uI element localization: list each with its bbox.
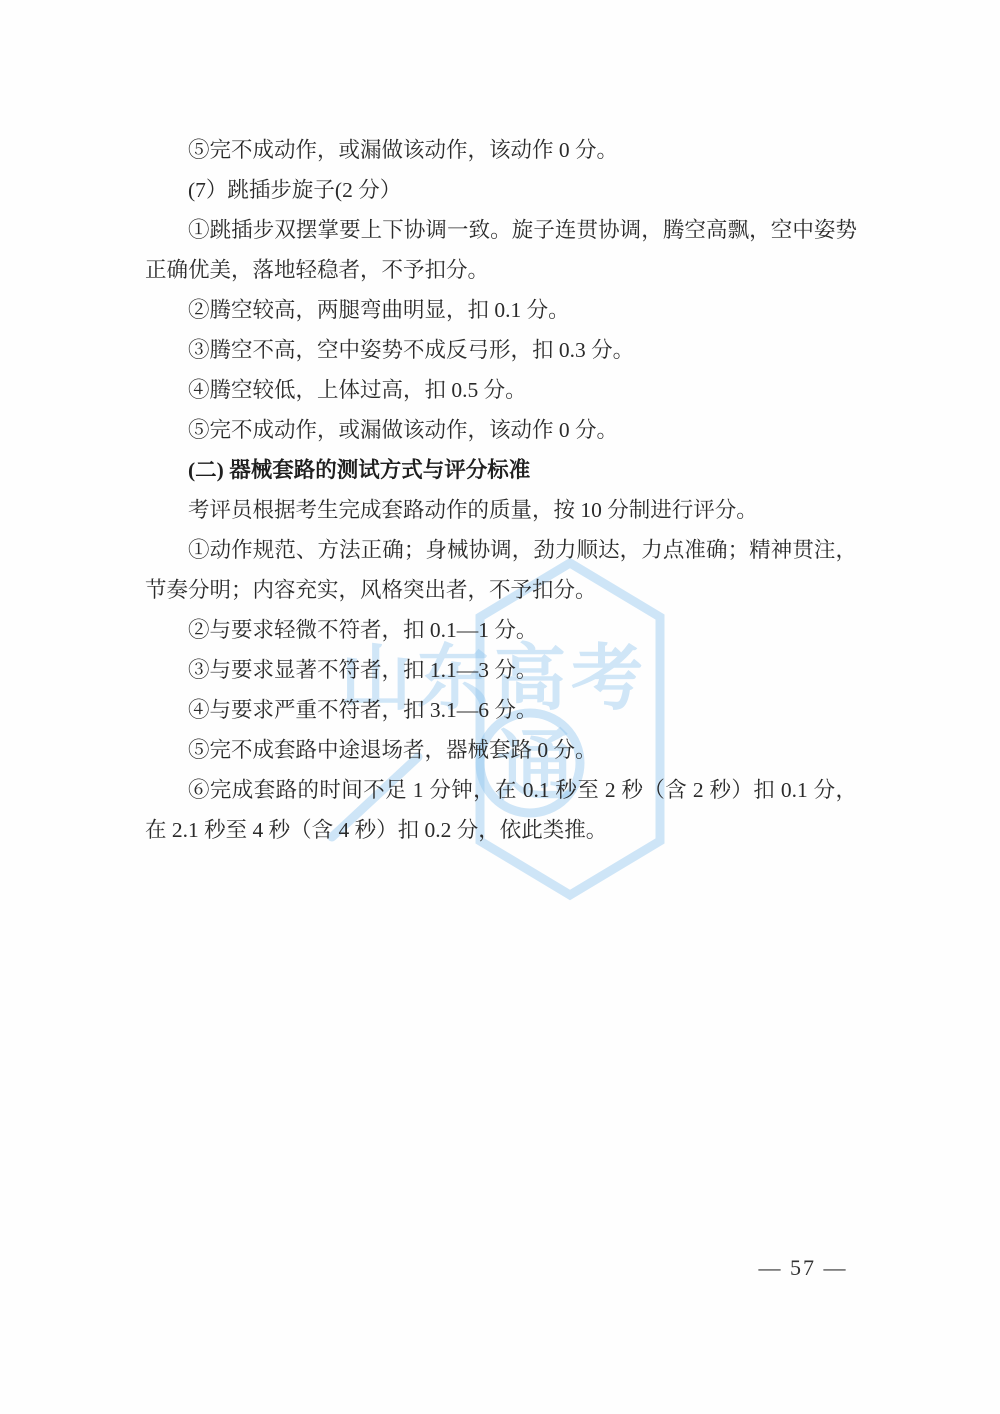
paragraph-item2-deduction: ②腾空较高，两腿弯曲明显，扣 0.1 分。 (145, 290, 857, 330)
paragraph-section7-title: (7）跳插步旋子(2 分） (145, 170, 857, 210)
paragraph-item1-criteria: ①跳插步双摆掌要上下协调一致。旋子连贯协调，腾空高飘，空中姿势正确优美，落地轻稳… (145, 210, 857, 290)
document-body: ⑤完不成动作，或漏做该动作，该动作 0 分。 (7）跳插步旋子(2 分） ①跳插… (145, 130, 857, 850)
section-heading-apparatus: (二) 器械套路的测试方式与评分标准 (145, 450, 857, 490)
paragraph-item3-deduction: ③腾空不高，空中姿势不成反弓形，扣 0.3 分。 (145, 330, 857, 370)
paragraph-scoring-intro: 考评员根据考生完成套路动作的质量，按 10 分制进行评分。 (145, 490, 857, 530)
paragraph-item2-minor: ②与要求轻微不符者，扣 0.1—1 分。 (145, 610, 857, 650)
paragraph-item3-notable: ③与要求显著不符者，扣 1.1—3 分。 (145, 650, 857, 690)
paragraph-item4-severe: ④与要求严重不符者，扣 3.1—6 分。 (145, 690, 857, 730)
paragraph-item4-deduction: ④腾空较低，上体过高，扣 0.5 分。 (145, 370, 857, 410)
paragraph-item1-standard: ①动作规范、方法正确；身械协调，劲力顺达，力点准确；精神贯注，节奏分明；内容充实… (145, 530, 857, 610)
paragraph-item5-withdraw: ⑤完不成套路中途退场者，器械套路 0 分。 (145, 730, 857, 770)
page-number: — 57 — (748, 1250, 858, 1286)
paragraph-item5-deduction: ⑤完不成动作，或漏做该动作，该动作 0 分。 (145, 410, 857, 450)
paragraph-item5-action: ⑤完不成动作，或漏做该动作，该动作 0 分。 (145, 130, 857, 170)
document-page: 山东高考 通 ⑤完不成动作，或漏做该动作，该动作 0 分。 (7）跳插步旋子(2… (0, 0, 1000, 1414)
paragraph-item6-time: ⑥完成套路的时间不足 1 分钟，在 0.1 秒至 2 秒（含 2 秒）扣 0.1… (145, 770, 857, 850)
